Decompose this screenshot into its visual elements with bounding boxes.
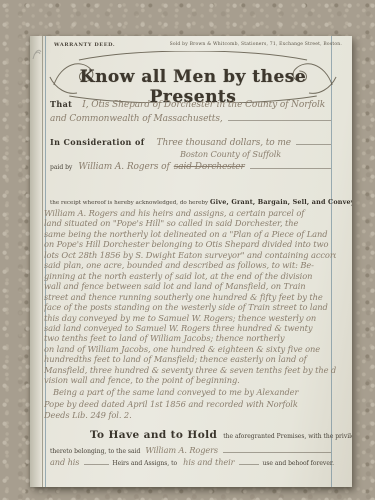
description-line: wall and fence between said lot and land… (44, 281, 336, 291)
deed-document: WARRANTY DEED. Sold by Brown & Whitcomb,… (30, 36, 352, 487)
habendum-text-2: thereto belonging, to the said (50, 448, 140, 455)
description-line: lots Oct 28th 1856 by S. Dwight Eaton su… (44, 250, 336, 260)
reference-line: Being a part of the same land conveyed t… (44, 387, 336, 399)
description-line: Mansfield, three hundred & seventy three… (44, 365, 336, 375)
habendum-line-3: and his Heirs and Assigns, to his and th… (50, 457, 334, 467)
grantee-name-handwriting: William A. Rogers (145, 445, 218, 455)
grantee-line: paid by William A. Rogers of said Dorche… (50, 162, 334, 172)
grantee-handwriting: William A. Rogers of (78, 162, 169, 172)
description-line: vision wall and fence, to the point of b… (44, 375, 336, 385)
description-line: on Pope's Hill Dorchester belonging to O… (44, 239, 336, 249)
description-line: said plan, one acre, bounded and describ… (44, 260, 336, 270)
grantor-handwriting-2: and Commonwealth of Massachusetts, (50, 114, 223, 124)
description-line: William A. Rogers and his heirs and assi… (44, 208, 336, 218)
behoof-text: use and behoof forever. (262, 460, 334, 467)
receipt-text: the receipt whereof is hereby acknowledg… (50, 200, 210, 206)
grantor-line: That I, Otis Shepard of Dorchester in th… (50, 99, 334, 110)
struck-handwriting: said Dorchester (174, 162, 245, 172)
form-label: WARRANTY DEED. (54, 42, 115, 48)
blank-rule (223, 452, 331, 453)
use-handwriting: his and their (183, 457, 234, 467)
description-line: face of the posts standing on the wester… (44, 302, 336, 312)
that-label: That (50, 99, 72, 109)
reference-line: Deeds Lib. 249 fol. 2. (44, 410, 336, 422)
grantor-handwriting: I, Otis Shepard of Dorchester in the Cou… (82, 100, 325, 110)
consideration-label: In Consideration of (50, 137, 145, 147)
blank-rule (296, 144, 331, 145)
description-line: same being the northerly lot delineated … (44, 229, 336, 239)
property-description: William A. Rogers and his heirs and assi… (44, 208, 336, 386)
habendum-text: the aforegranted Premises, with the priv… (223, 433, 352, 440)
consideration-line: In Consideration of Three thousand dolla… (50, 137, 334, 148)
description-line: land situated on "Pope's Hill" so called… (44, 218, 336, 228)
photo-background: WARRANTY DEED. Sold by Brown & Whitcomb,… (0, 0, 375, 500)
paid-by-label: paid by (50, 164, 72, 171)
habendum-line-2: thereto belonging, to the said William A… (50, 445, 334, 455)
title-reference: Being a part of the same land conveyed t… (44, 387, 336, 422)
heirs-handwriting: and his (50, 457, 79, 467)
deed-header: Know all Men by these Presents (48, 51, 338, 103)
blank-rule (250, 168, 331, 169)
habendum-clause: To Have and to Hold the aforegranted Pre… (90, 429, 334, 441)
interlined-correction: Boston County of Suffolk (180, 149, 334, 159)
description-line: hundredths feet to land of Mansfield; th… (44, 354, 336, 364)
blank-rule (228, 120, 331, 121)
granting-clause: the receipt whereof is hereby acknowledg… (50, 198, 334, 206)
description-line: ginning at the north easterly of said lo… (44, 271, 336, 281)
interline-handwriting: Boston County of Suffolk (180, 149, 281, 159)
habendum-label: To Have and to Hold (90, 429, 217, 441)
description-line: said land conveyed to Samuel W. Rogers t… (44, 323, 336, 333)
heirs-assigns-text: Heirs and Assigns, to (112, 460, 177, 467)
pencil-mark (31, 46, 43, 62)
convey-words: Give, Grant, Bargain, Sell, and Convey (210, 198, 352, 206)
description-line: on land of William Jacobs, one hundred &… (44, 344, 336, 354)
description-line: street and thence running southerly one … (44, 292, 336, 302)
reference-line: Pope by deed dated April 1st 1856 and re… (44, 399, 336, 411)
printer-imprint: Sold by Brown & Whitcomb, Stationers, 71… (170, 42, 342, 47)
blank-rule (239, 464, 259, 465)
grantor-line-2: and Commonwealth of Massachusetts, (50, 114, 334, 124)
paper-fold-edge (30, 36, 43, 487)
consideration-handwriting: Three thousand dollars, to me (157, 138, 291, 148)
description-line: this day conveyed by me to Samuel W. Rog… (44, 313, 336, 323)
blank-rule (84, 464, 109, 465)
description-line: two tenths feet to land of William Jacob… (44, 333, 336, 343)
